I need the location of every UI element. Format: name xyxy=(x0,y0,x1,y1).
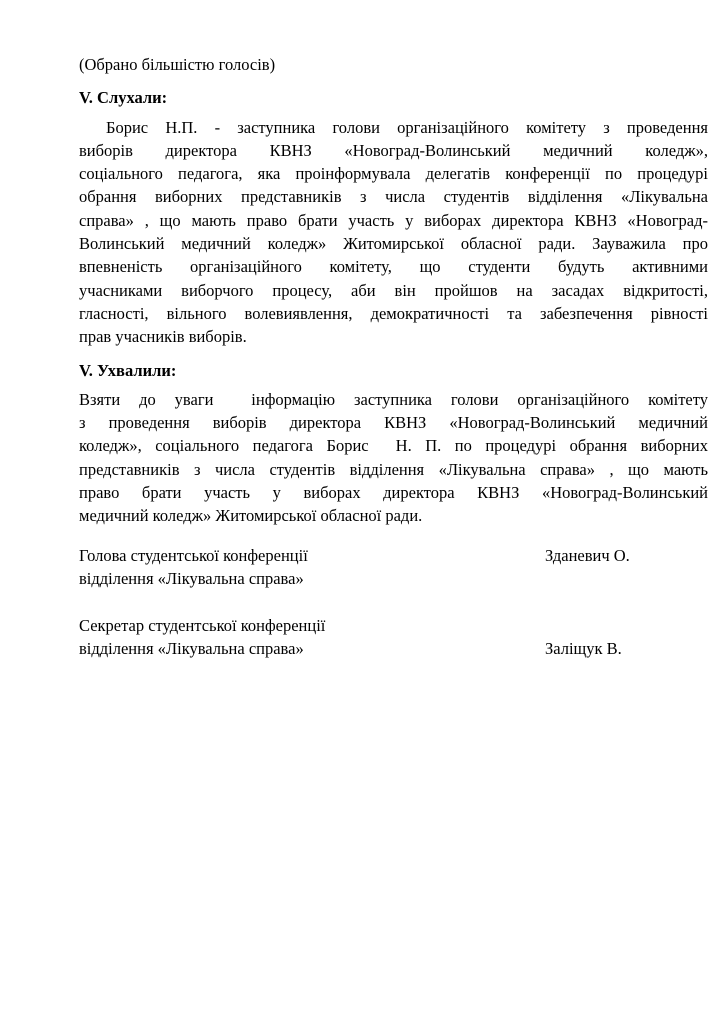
heard-paragraph: Борис Н.П. - заступника голови організац… xyxy=(79,116,708,349)
paragraph-line: виборів директора КВНЗ «Новоград-Волинсь… xyxy=(79,139,708,162)
paragraph-line: соціального педагога, яка проінформувала… xyxy=(79,162,708,185)
heard-section-heading: V. Слухали: xyxy=(79,86,708,109)
paragraph-line: обрання виборних представників з числа с… xyxy=(79,185,708,208)
paragraph-line: учасниками виборчого процесу, аби він пр… xyxy=(79,279,708,302)
signature-role-line: відділення «Лікувальна справа» xyxy=(79,567,708,590)
paragraph-line: Взяти до уваги інформацію заступника гол… xyxy=(79,388,708,411)
signature-role-line: Секретар студентської конференції xyxy=(79,614,708,637)
paragraph-line: гласності, вільного волевиявлення, демок… xyxy=(79,302,708,325)
paragraph-line: представників з числа студентів відділен… xyxy=(79,458,708,481)
vote-result-note: (Обрано більшістю голосів) xyxy=(79,53,708,76)
signature-name: Зданевич О. xyxy=(545,544,630,567)
resolved-section-heading: V. Ухвалили: xyxy=(79,359,708,382)
document-page: (Обрано більшістю голосів) V. Слухали: Б… xyxy=(0,0,724,1024)
paragraph-line: прав учасників виборів. xyxy=(79,325,708,348)
paragraph-line: коледж», соціального педагога Борис Н. П… xyxy=(79,434,708,457)
signature-name: Заліщук В. xyxy=(545,637,622,660)
resolved-paragraph: Взяти до уваги інформацію заступника гол… xyxy=(79,388,708,528)
paragraph-line: з проведення виборів директора КВНЗ «Нов… xyxy=(79,411,708,434)
paragraph-line: медичний коледж» Житомирської обласної р… xyxy=(79,504,708,527)
signature-block: Голова студентської конференції відділен… xyxy=(79,544,708,660)
paragraph-line: справа» , що мають право брати участь у … xyxy=(79,209,708,232)
signature-row-chair: Голова студентської конференції відділен… xyxy=(79,544,708,591)
paragraph-line: Борис Н.П. - заступника голови організац… xyxy=(79,116,708,139)
paragraph-line: Волинський медичний коледж» Житомирської… xyxy=(79,232,708,255)
paragraph-line: впевненість організаційного комітету, що… xyxy=(79,255,708,278)
signature-row-secretary: Секретар студентської конференції відділ… xyxy=(79,614,708,661)
paragraph-line: право брати участь у виборах директора К… xyxy=(79,481,708,504)
